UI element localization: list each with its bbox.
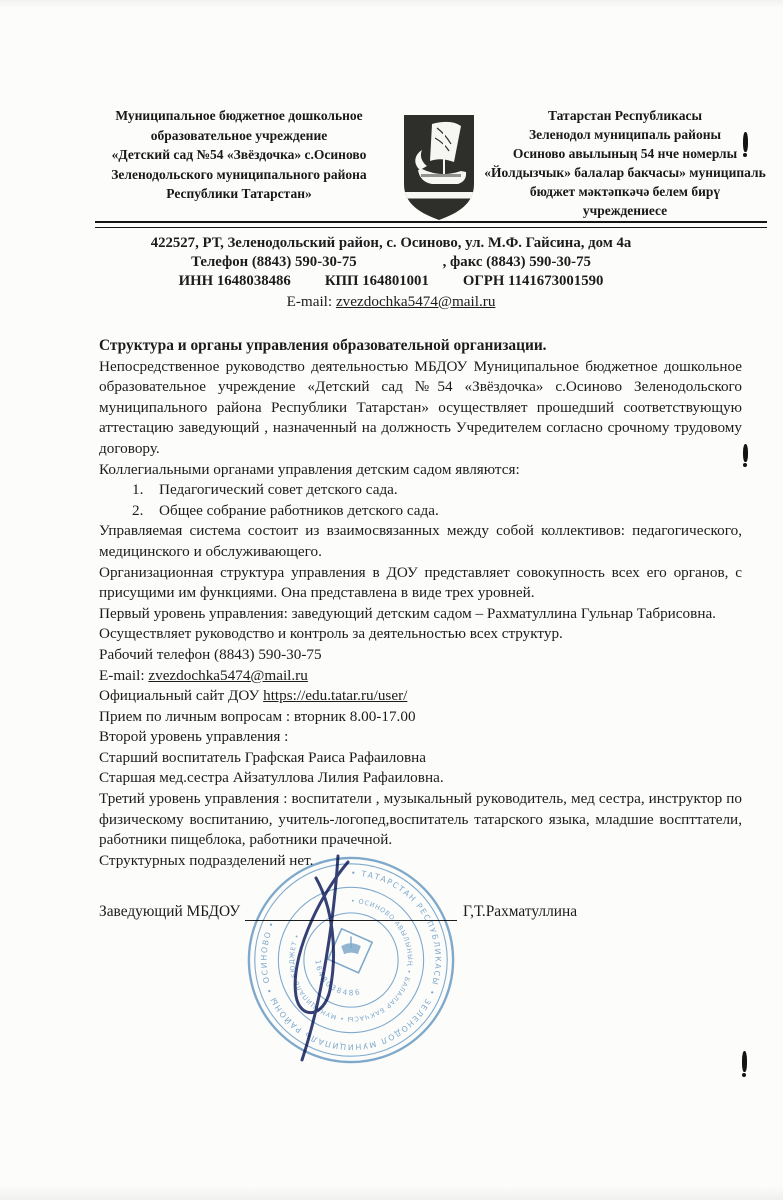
email-line: E-mail: zvezdochka5474@mail.ru (91, 292, 691, 311)
coat-of-arms-icon (399, 112, 479, 222)
kpp-number: КПП 164801001 (325, 273, 429, 289)
handwritten-signature (250, 850, 430, 1085)
org-right-line: Осиново авылының 54 нче номерлы (482, 144, 768, 163)
org-right-line: бюджет мәктәпкәчә белем бирү (482, 182, 768, 201)
document-body: Структура и органы управления образовате… (99, 336, 742, 871)
paragraph-control: Осуществляет руководство и контроль за д… (99, 624, 742, 645)
scan-artifact (743, 444, 748, 462)
paragraph-level1: Первый уровень управления: заведующий де… (99, 604, 742, 625)
site-link[interactable]: https://edu.tatar.ru/user/ (263, 687, 407, 704)
list-text: Педагогический совет детского сада. (159, 480, 398, 501)
email-label: E-mail: (287, 293, 336, 310)
contact-block: 422527, РТ, Зеленодольский район, с. Оси… (91, 234, 691, 311)
org-left-line: Зеленодольского муниципального района (88, 165, 390, 185)
paragraph-level3: Третий уровень управления : воспитатели … (99, 789, 742, 851)
paragraph-level2: Второй уровень управления : (99, 727, 742, 748)
scanned-document-page: Муниципальное бюджетное дошкольное образ… (0, 0, 783, 1200)
org-left-line: образовательное учреждение (88, 126, 390, 146)
org-right-line: Зеленодол муниципаль районы (482, 125, 768, 144)
postal-address: 422527, РТ, Зеленодольский район, с. Оси… (91, 234, 691, 253)
paragraph-reception: Прием по личным вопросам : вторник 8.00-… (99, 707, 742, 728)
org-left-line: Республики Татарстан» (88, 184, 390, 204)
email-link[interactable]: zvezdochka5474@mail.ru (336, 293, 495, 310)
scan-artifact (742, 1051, 747, 1072)
letterhead-org-name-tatar: Татарстан Республикасы Зеленодол муницип… (482, 106, 768, 220)
paragraph-work-phone: Рабочий телефон (8843) 590-30-75 (99, 645, 742, 666)
paragraph-orgstructure: Организационная структура управления в Д… (99, 563, 742, 604)
list-text: Общее собрание работников детского сада. (159, 501, 439, 522)
paragraph-senior-teacher: Старший воспитатель Графская Раиса Рафаи… (99, 748, 742, 769)
email-label: E-mail: (99, 667, 148, 684)
signature-name: Г,Т.Рахматуллина (463, 903, 577, 921)
letterhead-org-name-russian: Муниципальное бюджетное дошкольное образ… (88, 106, 390, 204)
fax-number: , факс (8843) 590-30-75 (443, 254, 591, 270)
paragraph-site: Официальный сайт ДОУ https://edu.tatar.r… (99, 686, 742, 707)
paragraph-system: Управляемая система состоит из взаимосвя… (99, 521, 742, 562)
letterhead-divider-rule (95, 221, 767, 228)
list-item: 2. Общее собрание работников детского са… (99, 501, 742, 522)
paragraph-email: E-mail: zvezdochka5474@mail.ru (99, 666, 742, 687)
phone-fax-line: Телефон (8843) 590-30-75, факс (8843) 59… (91, 253, 691, 272)
email-link[interactable]: zvezdochka5474@mail.ru (148, 667, 307, 684)
paragraph-intro: Непосредственное руководство деятельност… (99, 357, 742, 460)
document-title: Структура и органы управления образовате… (99, 336, 742, 357)
inn-number: ИНН 1648038486 (179, 273, 291, 289)
signature-label: Заведующий МБДОУ (99, 903, 240, 921)
ogrn-number: ОГРН 1141673001590 (463, 273, 604, 289)
org-right-line: Татарстан Республикасы (482, 106, 768, 125)
list-number: 1. (132, 480, 159, 501)
list-item: 1. Педагогический совет детского сада. (99, 480, 742, 501)
site-label: Официальный сайт ДОУ (99, 687, 263, 704)
org-right-line: «Йолдызчык» балалар бакчасы» муниципаль (482, 163, 768, 182)
paragraph-senior-nurse: Старшая мед.сестра Айзатуллова Лилия Раф… (99, 768, 742, 789)
org-right-line: учреждениесе (482, 201, 768, 220)
scan-artifact (743, 132, 748, 152)
list-number: 2. (132, 501, 159, 522)
org-left-line: «Детский сад №54 «Звёздочка» с.Осиново (88, 145, 390, 165)
paragraph-collegial: Коллегиальными органами управления детск… (99, 460, 742, 481)
registration-numbers-line: ИНН 1648038486КПП 164801001ОГРН 11416730… (91, 272, 691, 291)
phone-number: Телефон (8843) 590-30-75 (191, 254, 357, 270)
org-left-line: Муниципальное бюджетное дошкольное (88, 106, 390, 126)
